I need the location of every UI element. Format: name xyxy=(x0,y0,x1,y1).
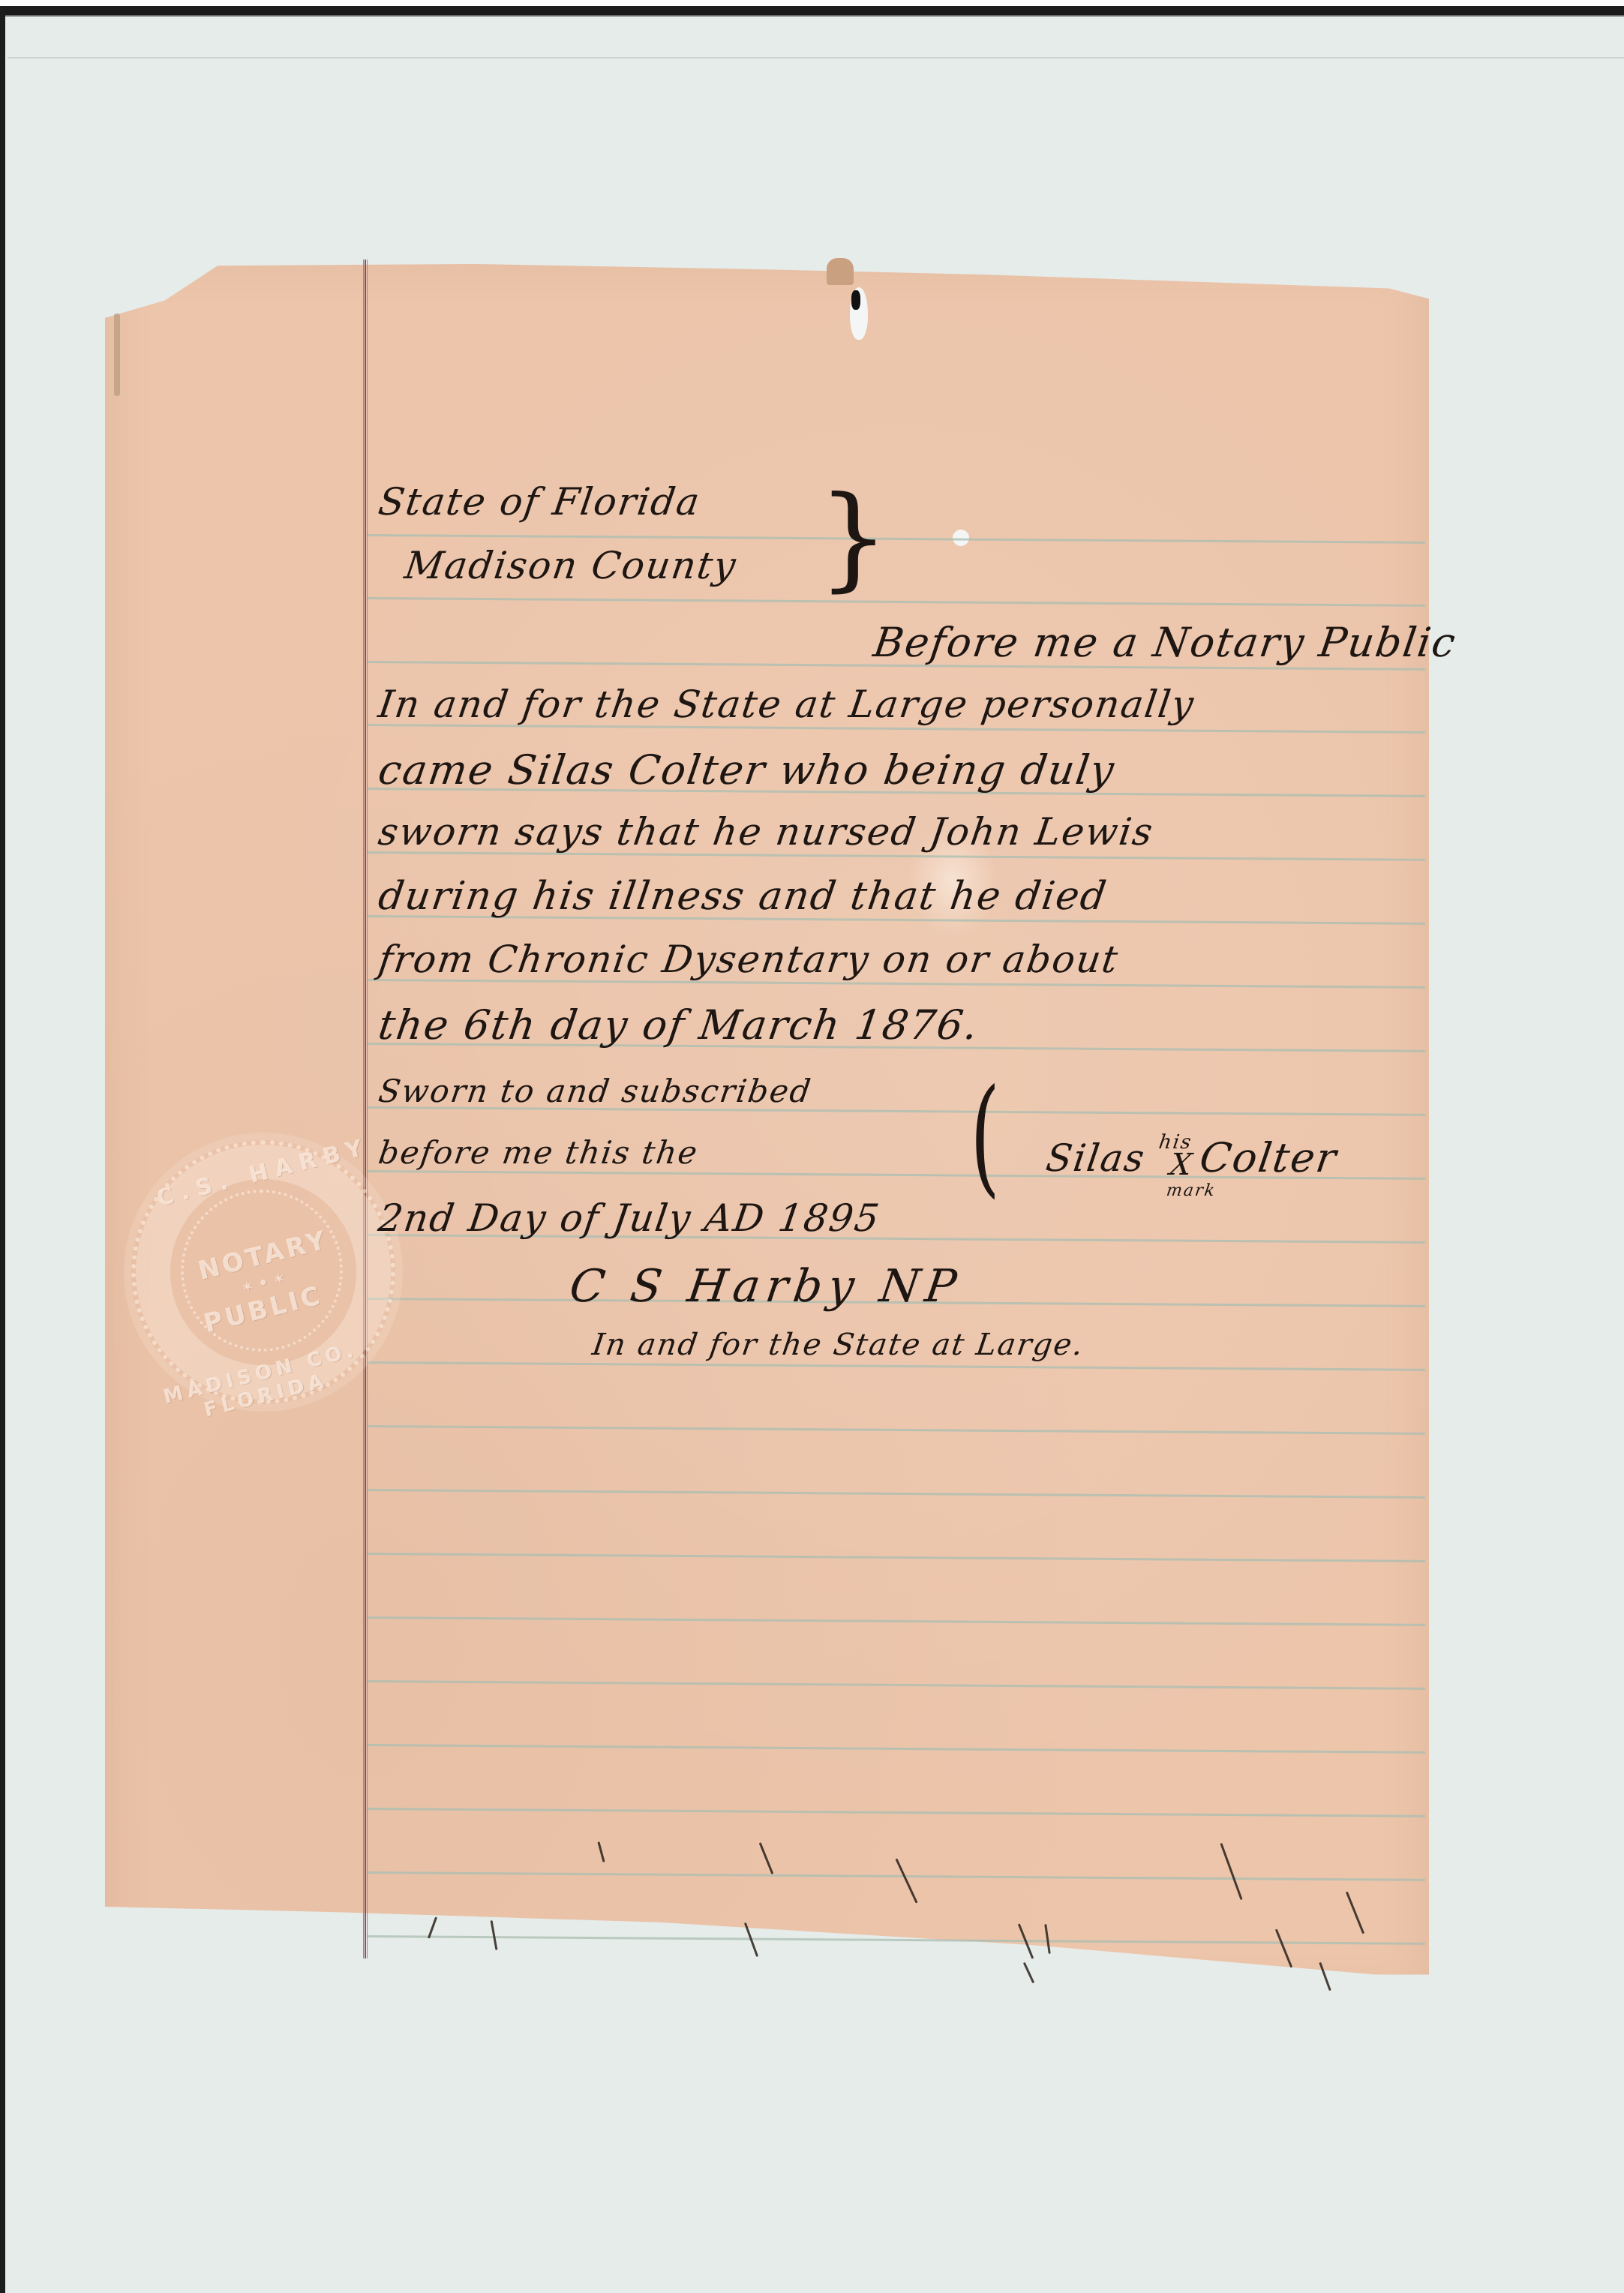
notary-signature: C S Harby NP xyxy=(566,1260,965,1313)
notary-title: In and for the State at Large. xyxy=(590,1328,1087,1362)
body-line-6: from Chronic Dysentary on or about xyxy=(376,938,1122,981)
scanner-lid-edge xyxy=(0,0,1624,17)
margin-line xyxy=(363,260,368,1958)
body-line-1: Before me a Notary Public xyxy=(871,619,1460,666)
jurat-brace: ( xyxy=(970,1073,1000,1200)
header-county: Madison County xyxy=(402,544,740,587)
jurat-line-1: Sworn to and subscribed xyxy=(377,1073,815,1109)
affiant-last-name: Colter xyxy=(1197,1134,1340,1181)
body-line-2: In and for the State at Large personally xyxy=(376,683,1198,726)
affiant-mark-x-icon: X xyxy=(1168,1148,1196,1182)
punch-hole-icon xyxy=(850,287,868,340)
header-brace: } xyxy=(818,482,889,594)
scanner-crease-line xyxy=(8,57,1624,59)
scanner-left-edge xyxy=(0,9,5,2293)
body-line-4: sworn says that he nursed John Lewis xyxy=(376,810,1157,854)
jurat-line-3: 2nd Day of July AD 1895 xyxy=(376,1196,883,1240)
ink-mark xyxy=(491,1920,498,1950)
jurat-line-2: before me this the xyxy=(377,1134,701,1171)
affiant-mark-label: mark xyxy=(1165,1181,1217,1200)
body-line-3: came Silas Colter who being duly xyxy=(376,746,1118,794)
paper-folded-edge xyxy=(114,314,120,396)
body-line-7: the 6th day of March 1876. xyxy=(376,1001,983,1049)
body-line-5: during his illness and that he died xyxy=(376,874,1110,919)
document-paper xyxy=(105,259,1429,1999)
notary-seal-emboss: C.S. HARBY NOTARY ✶ • ✶ PUBLIC MADISON C… xyxy=(131,1140,395,1404)
ink-mark xyxy=(1023,1962,1034,1983)
paper-torn-tab xyxy=(827,258,854,285)
header-state: State of Florida xyxy=(376,480,704,524)
affiant-first-name: Silas xyxy=(1043,1136,1148,1180)
